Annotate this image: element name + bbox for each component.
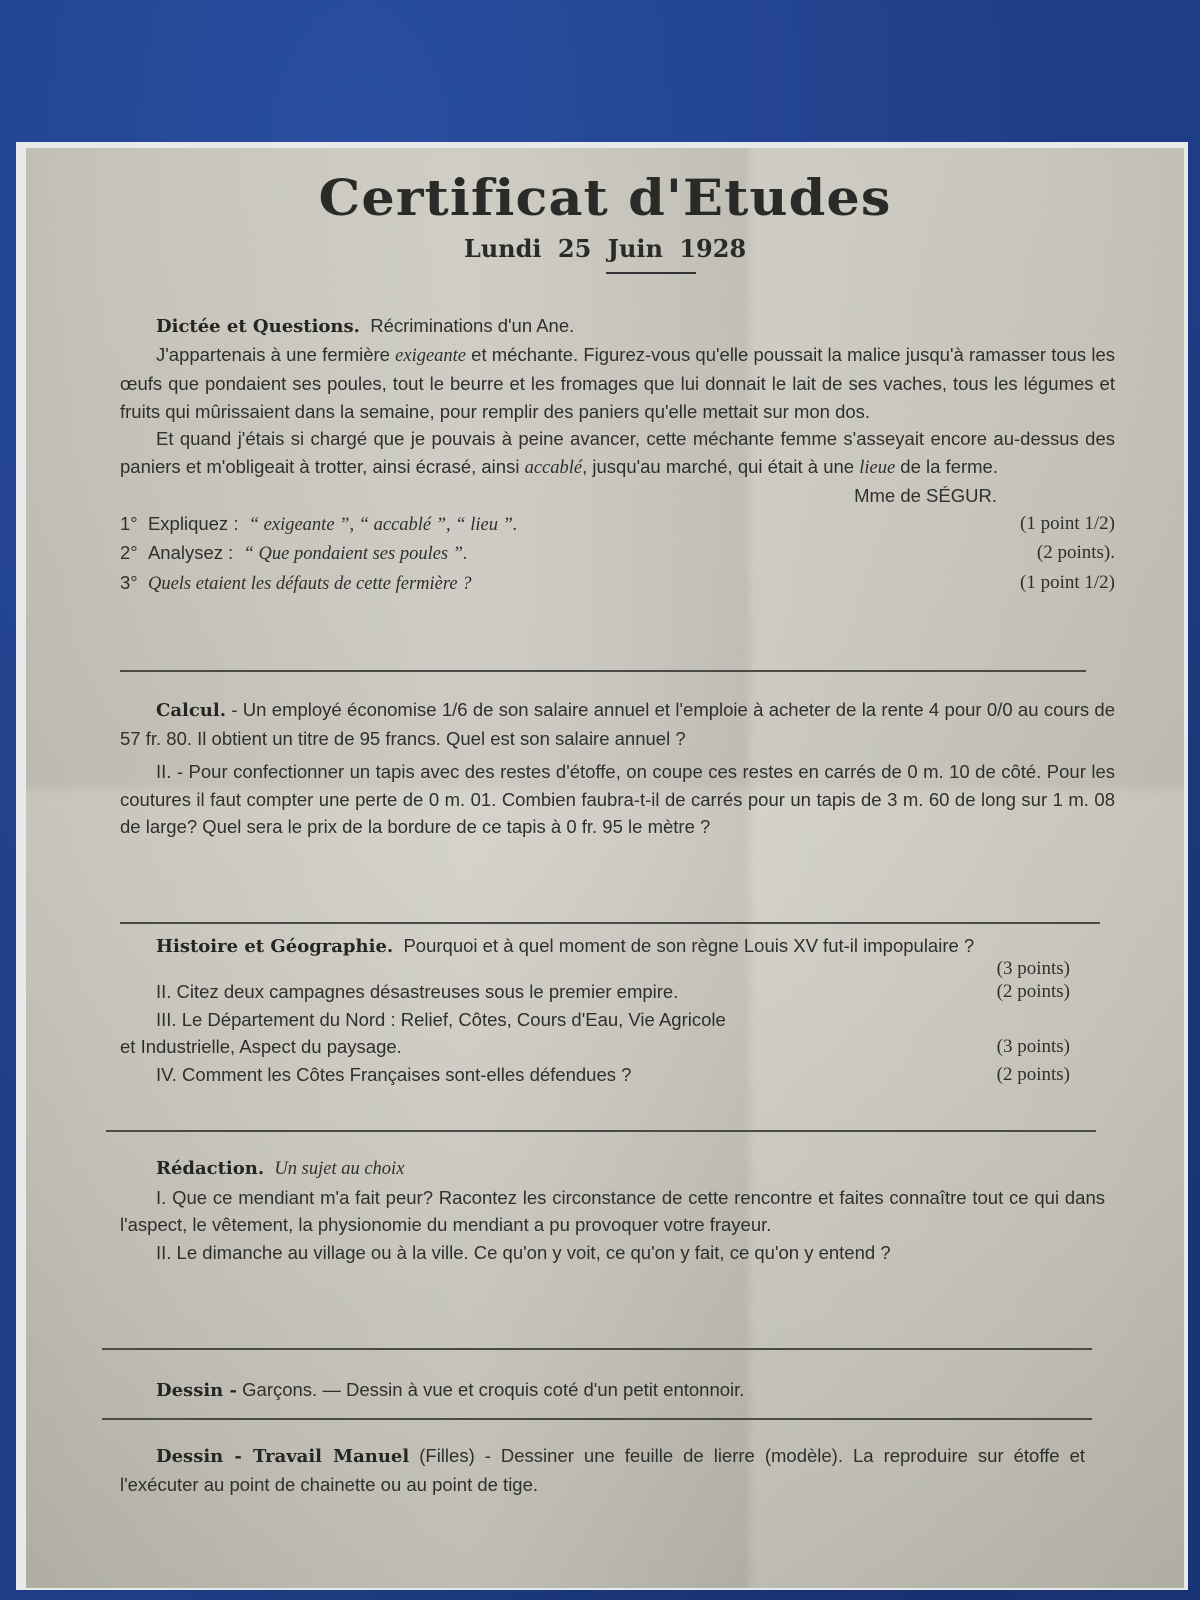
section-calcul: Calcul. - Un employé économise 1/6 de so… <box>120 696 1115 841</box>
redaction-heading: Rédaction. <box>156 1158 264 1179</box>
histoire-question-3-cont: et Industrielle, Aspect du paysage.(3 po… <box>120 1033 1070 1061</box>
section-dessin-filles: Dessin - Travail Manuel (Filles) - Dessi… <box>120 1442 1085 1498</box>
section-dessin-garcons: Dessin - Garçons. — Dessin à vue et croq… <box>120 1376 1115 1405</box>
redaction-subject-2: II. Le dimanche au village ou à la ville… <box>120 1239 1105 1267</box>
histoire-question-3: III. Le Département du Nord : Relief, Cô… <box>120 1006 1070 1034</box>
document-date: Lundi 25 Juin 1928 <box>26 234 1184 263</box>
histoire-question-4: IV. Comment les Côtes Françaises sont-el… <box>120 1061 1070 1089</box>
document-title: Certificat d'Etudes <box>0 168 1200 227</box>
dictee-question-1: 1° Expliquez : “ exigeante ”, “ accablé … <box>120 510 1115 540</box>
dictee-heading: Dictée et Questions. <box>156 316 360 337</box>
dictee-paragraph-1: J'appartenais à une fermière exigeante e… <box>120 341 1115 426</box>
redaction-subject-1: I. Que ce mendiant m'a fait peur? Racont… <box>120 1184 1105 1239</box>
certificate-sheet: Certificat d'Etudes Lundi 25 Juin 1928 D… <box>26 148 1184 1588</box>
section-divider <box>102 1418 1092 1420</box>
dictee-subtitle: Récriminations d'un Ane. <box>370 315 574 336</box>
dictee-question-3: 3° Quels etaient les défauts de cette fe… <box>120 569 1115 599</box>
section-divider <box>102 1348 1092 1350</box>
dictee-paragraph-2: Et quand j'étais si chargé que je pouvai… <box>120 425 1115 482</box>
calcul-problem-2: II. - Pour confectionner un tapis avec d… <box>120 758 1115 841</box>
dictee-question-2: 2° Analysez : “ Que pondaient ses poules… <box>120 539 1115 569</box>
section-divider <box>120 922 1100 924</box>
section-dictee: Dictée et Questions. Récriminations d'un… <box>120 312 1115 598</box>
calcul-problem-1: Calcul. - Un employé économise 1/6 de so… <box>120 696 1115 752</box>
title-underline <box>606 272 696 274</box>
section-histoire: Histoire et Géographie. Pourquoi et à qu… <box>120 932 1070 1088</box>
dictee-author: Mme de SÉGUR. <box>120 482 1115 510</box>
section-divider <box>106 1130 1096 1132</box>
section-divider <box>120 670 1086 672</box>
section-redaction: Rédaction. Un sujet au choix I. Que ce m… <box>120 1154 1105 1266</box>
redaction-subtitle: Un sujet au choix <box>274 1159 404 1179</box>
histoire-question-2: II. Citez deux campagnes désastreuses so… <box>120 978 1070 1006</box>
histoire-question-1: Histoire et Géographie. Pourquoi et à qu… <box>120 932 1070 961</box>
